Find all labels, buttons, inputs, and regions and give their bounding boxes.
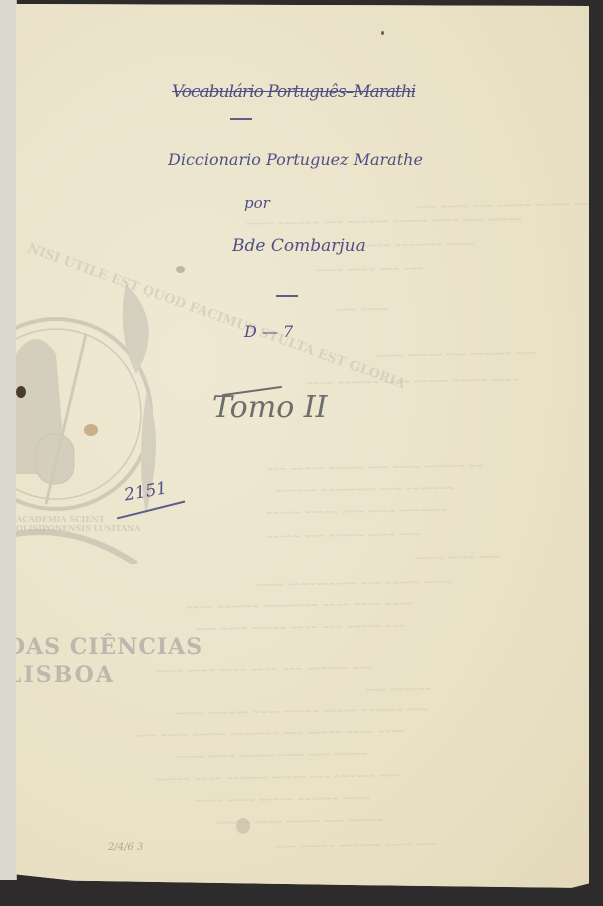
bleed-through-text: ~~~ ~~~~~ ~~~~~ ~~~ ~~~~ ~~~~~~ ~~: [266, 460, 483, 476]
bleed-through-text: ~~~~~ ~~~~~ ~~~ ~~~~ ~~~~~~~: [266, 504, 448, 519]
bleed-through-text: ~~~~ ~~~~ ~~~~ ~~~~ ~~~ ~~~~~~ ~~~: [156, 662, 373, 678]
stamp-banner-line1: DAS CIÊNCIAS: [6, 634, 203, 660]
bleed-through-text: ~~~ ~~~~ ~~~~~ ~~~~ ~~~ ~~~~~ ~~~: [196, 620, 406, 636]
bleed-through-text: ~~~~ ~~~~ ~~~: [416, 551, 500, 564]
bleed-through-text: ~~~ ~~~~ ~~~ ~~~~~ ~~~~~ ~~~~: [416, 198, 602, 213]
stain: [381, 31, 384, 35]
shelf-mark: D — 7: [244, 322, 293, 341]
bleed-through-text: ~~~~ ~~~~~~ ~~~~ ~~~~~ ~~~~~ ~~~~~~ ~~~: [176, 704, 428, 720]
bleed-through-text: ~~~~ ~~~~~~ ~~~~ ~~~~~ ~~~~~ ~~~~: [306, 374, 520, 390]
by-line: por: [244, 194, 270, 212]
bleed-through-text: ~~~~ ~~~~~~ ~~~~~~~~ ~~~~ ~~~~ ~~~~: [186, 598, 413, 614]
bleed-through-text: ~~~ ~~~~~~: [366, 683, 433, 696]
ink-blot: [16, 386, 26, 398]
adjacent-page-edge: [0, 0, 17, 880]
volume-label: Tomo II: [212, 390, 328, 425]
crossed-out-title: Vocabulário Português–Marathi: [172, 82, 415, 102]
bleed-through-text: ~~~~~ ~~~ ~~~~~ ~~~~ ~~~: [266, 529, 420, 544]
stamp-banner-line2: LISBOA: [6, 662, 115, 688]
separator-dash: [230, 118, 252, 120]
stain: [84, 424, 98, 436]
stain: [176, 266, 185, 273]
bleed-through-text: ~~~~ ~~~~~ ~~~ ~~~~~~ ~~~: [376, 348, 537, 363]
pencil-note: 2/4/6 3: [108, 842, 143, 853]
stain: [236, 818, 250, 834]
bleed-through-text: ~~~ ~~~~ ~~~~~ ~~~~~~~ ~~~ ~~~~~ ~~~~ ~~…: [136, 726, 406, 743]
document-title: Diccionario Portuguez Marathe: [168, 150, 423, 169]
bleed-through-text: ~~~~~ ~~~~ ~~~~~~ ~~~~~ ~~~ ~~~~~~ ~~~: [156, 770, 401, 786]
bleed-through-text: ~~~~~~ ~~~~~~~~ ~~~ ~~~~~~~: [276, 482, 454, 497]
separator-dash: [276, 295, 298, 297]
bleed-through-text: ~~~ ~~~~~ ~~~~~~ ~~~~ ~~~: [276, 839, 437, 854]
bleed-through-text: ~~~ ~~~~: [336, 304, 389, 317]
bleed-through-text: ~~~~ ~~~~ ~~~~~ ~~~~ ~~~ ~~~~~: [176, 748, 369, 763]
seal-inner-text: OLISIPONENSIS LUSITANA: [16, 523, 141, 533]
bleed-through-text: ~~~~ ~~~~ ~~~~~ ~~~~~~ ~~~~: [196, 792, 371, 807]
author-name: Bde Combarjua: [232, 236, 366, 256]
bleed-through-text: ~~~~ ~~~~~~~~~~ ~~~ ~~~~~ ~~~~: [256, 576, 452, 591]
bleed-through-text: ~~~~ ~~~~ ~~~ ~~~: [316, 263, 425, 277]
manuscript-page: ~~~ ~~~~ ~~~ ~~~~~ ~~~~~ ~~~~ ~~~~ ~~~~~…: [16, 4, 589, 894]
bleed-through-text: ~~~~ ~~~~~~ ~~~ ~~~~~~ ~~~~~ ~~~~ ~~~ ~~…: [246, 214, 523, 231]
